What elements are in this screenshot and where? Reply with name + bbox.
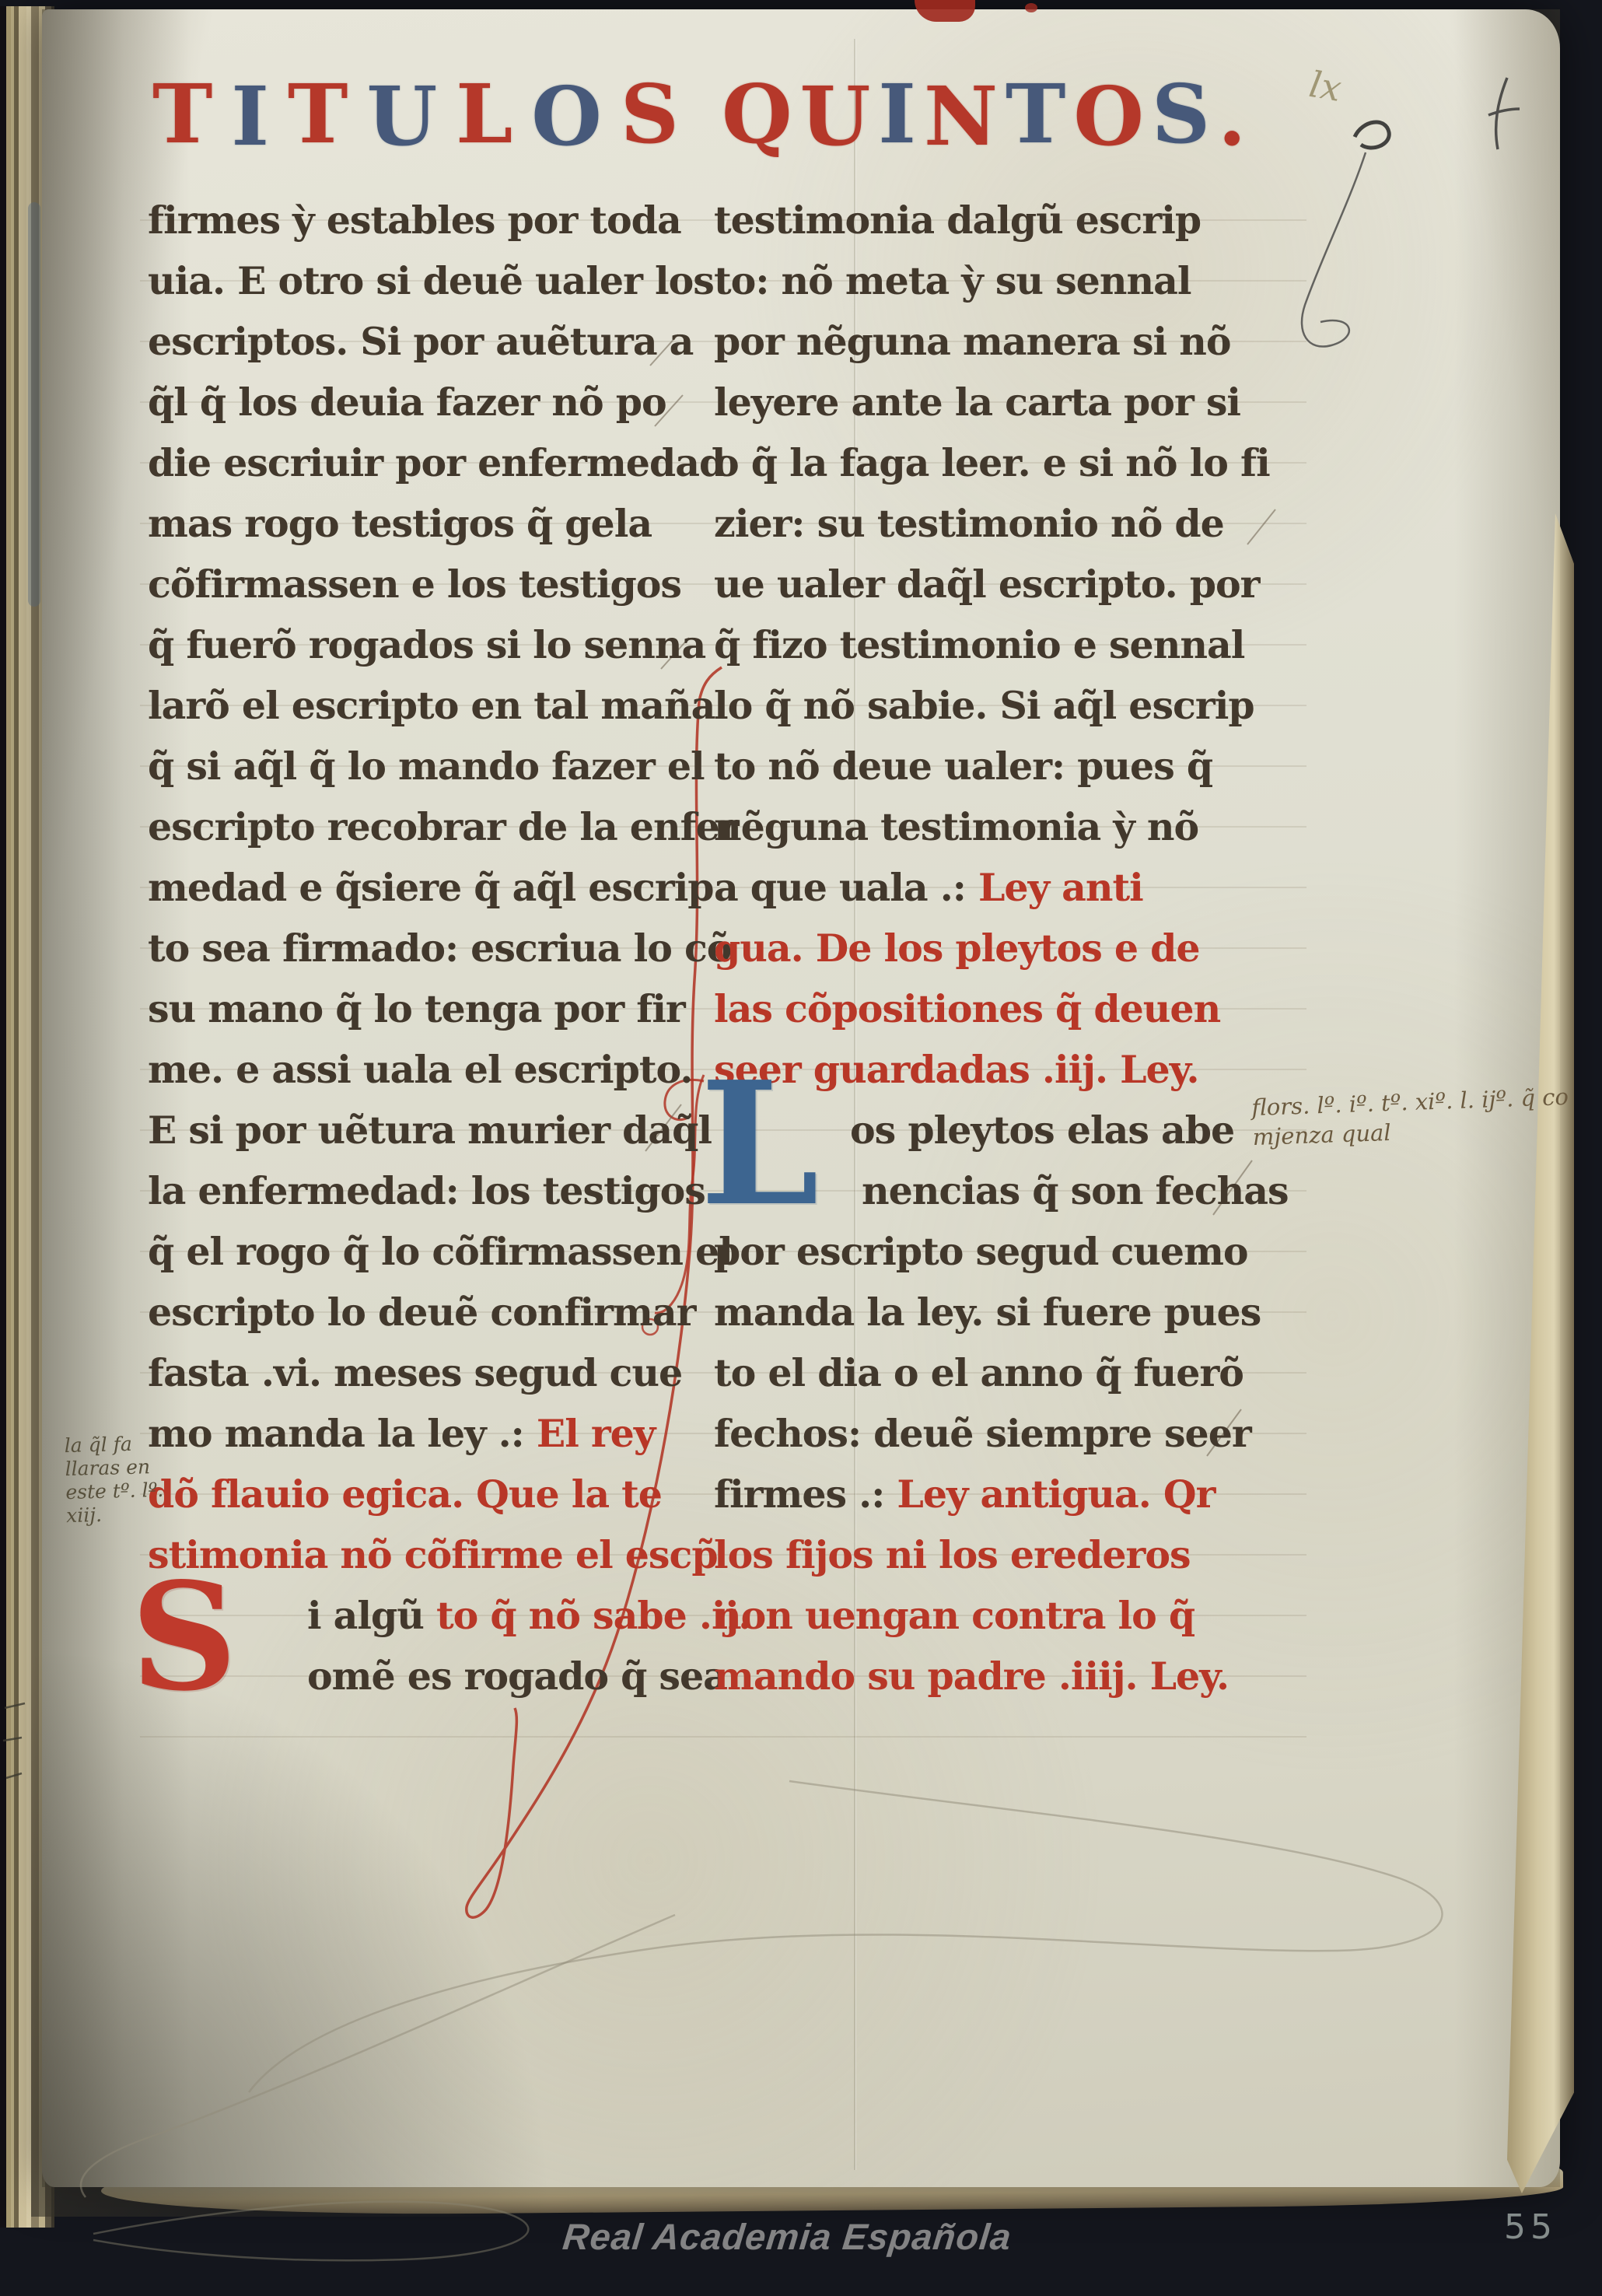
margin-note-left: la q̃l fa llaras en este tº. lº. xiij. — [64, 1431, 191, 1528]
text-segment: leyere ante la carta por si — [714, 380, 1240, 425]
heading-letter: T — [1006, 64, 1073, 165]
text-segment: non uengan contra lo q̃ — [714, 1593, 1195, 1638]
pencil-loop-2 — [81, 1915, 675, 2197]
text-segment: os pleytos elas abe — [850, 1108, 1234, 1153]
heading-letter: N — [924, 66, 1006, 167]
text-line: mo manda la ley .: El rey — [148, 1403, 692, 1464]
text-segment: i algũ — [307, 1593, 436, 1638]
text-segment: to q̃ nõ sabe .ij. — [436, 1593, 750, 1638]
text-segment: die escriuir por enfermedad — [148, 440, 725, 485]
heading-letter: U — [800, 66, 879, 167]
text-segment: medad e q̃siere q̃ aq̃l escrip — [148, 865, 714, 910]
red-stain — [915, 0, 975, 22]
text-line: q̃ fizo testimonio e sennal — [714, 614, 1292, 675]
text-segment: q̃ fizo testimonio e sennal — [714, 622, 1244, 667]
text-segment: fasta .vi. meses segud cue — [148, 1350, 682, 1395]
margin-note-line: este tº. lº. — [65, 1478, 191, 1504]
text-segment: to sea firmado: escriua lo cõ — [148, 926, 731, 971]
text-segment: mas rogo testigos q̃ gela — [148, 501, 652, 546]
text-segment: me. e assi uala el escripto. — [148, 1047, 692, 1092]
text-line: su mano q̃ lo tenga por fir — [148, 978, 692, 1039]
text-line: q̃ fuerõ rogados si lo senna — [148, 614, 692, 675]
text-segment: por escripto segud cuemo — [714, 1229, 1248, 1274]
page-edge-blue-streak — [28, 202, 40, 607]
text-line: ue ualer daq̃l escripto. por — [714, 554, 1292, 614]
text-line: fechos: deuẽ siempre seer — [714, 1403, 1292, 1464]
initial-l-filigree-curl — [642, 1319, 658, 1335]
text-segment: uia. E otro si deuẽ ualer los — [148, 258, 714, 303]
text-line: to el dia o el anno q̃ fuerõ — [714, 1342, 1292, 1403]
heading-letter: L — [456, 64, 531, 165]
text-line: la enfermedad: los testigos — [148, 1160, 692, 1221]
text-segment: mando su padre .iiij. Ley. — [714, 1654, 1229, 1699]
text-line: non uengan contra lo q̃ — [714, 1585, 1292, 1646]
text-line: por nẽguna manera si nõ — [714, 311, 1292, 372]
initial-l-filigree — [655, 1075, 704, 1313]
text-segment: zier: su testimonio nõ de — [714, 501, 1224, 546]
text-segment: El rey — [537, 1411, 655, 1456]
text-segment: por nẽguna manera si nõ — [714, 319, 1231, 364]
heading-letter: U — [366, 66, 456, 167]
text-line: omẽ es rogado q̃ sea — [148, 1646, 692, 1706]
initial-s: S — [131, 1563, 237, 1711]
text-line: mando su padre .iiij. Ley. — [714, 1646, 1292, 1706]
pencil-loop-3 — [93, 2202, 528, 2261]
text-line: nencias q̃ son fechas — [714, 1160, 1292, 1221]
heading-letter: O — [1073, 66, 1152, 167]
text-segment: Ley anti — [978, 865, 1143, 910]
text-line: o q̃ la faga leer. e si nõ lo fi — [714, 432, 1292, 493]
text-segment: su mano q̃ lo tenga por fir — [148, 986, 685, 1031]
text-segment: omẽ es rogado q̃ sea — [307, 1654, 727, 1699]
text-line: nẽguna testimonia ỳ nõ — [714, 796, 1292, 857]
margin-note-right: flors. lº. iº. tº. xiº. l. ijº. q̃ co mj… — [1251, 1082, 1570, 1152]
text-line: to sea firmado: escriua lo cõ — [148, 918, 692, 978]
ink-f-mark — [1488, 78, 1520, 149]
text-line: cõfirmassen e los testigos — [148, 554, 692, 614]
bottom-left-shadow — [31, 1571, 622, 2217]
text-segment: gua. De los pleytos e de — [714, 926, 1200, 971]
book-fore-edge — [1507, 513, 1574, 2193]
text-column-left: firmes ỳ estables por todauia. E otro si… — [148, 190, 692, 1706]
pen-flourishes — [0, 0, 1602, 2296]
quire-mark: lx — [1306, 63, 1345, 110]
heading-word-quintos: QUINTOS. — [722, 64, 1254, 180]
text-line: q̃ el rogo q̃ lo cõfirmassen el — [148, 1221, 692, 1282]
text-segment: las cõpositiones q̃ deuen — [714, 986, 1220, 1031]
text-line: gua. De los pleytos e de — [714, 918, 1292, 978]
margin-note-line: xiij. — [66, 1501, 191, 1528]
text-line: fasta .vi. meses segud cue — [148, 1342, 692, 1403]
text-line: testimonia dalgũ escrip — [714, 190, 1292, 250]
text-segment: escripto recobrar de la enfer — [148, 804, 739, 849]
text-line: firmes .: Ley antigua. Qr — [714, 1464, 1292, 1524]
margin-note-line: flors. lº. iº. tº. xiº. l. ijº. q̃ co — [1251, 1082, 1569, 1122]
manuscript-scan: TITULOS QUINTOS. lx firmes ỳ estables po… — [0, 0, 1602, 2296]
parchment-page — [42, 9, 1560, 2187]
book-bottom-page-edges — [101, 2150, 1564, 2217]
text-line: E si por uẽtura murier daq̃l — [148, 1100, 692, 1160]
text-segment: to nõ deue ualer: pues q̃ — [714, 744, 1212, 789]
text-line: stimonia nõ cõfirme el escp̃ — [148, 1524, 692, 1585]
text-segment: escripto lo deuẽ confirmar — [148, 1290, 695, 1335]
heading-letter: I — [231, 66, 288, 167]
text-segment: dõ flauio egica. Que la te — [148, 1472, 662, 1517]
text-line: mas rogo testigos q̃ gela — [148, 493, 692, 554]
initial-l: L — [700, 1059, 819, 1229]
text-line: lo q̃ nõ sabie. Si aq̃l escrip — [714, 675, 1292, 736]
ink-squiggle-tail — [1302, 152, 1366, 347]
ruling-lines — [140, 219, 1306, 1744]
heading-letter: T — [288, 64, 366, 165]
text-segment: a que uala .: — [714, 865, 978, 910]
heading-letter: O — [531, 66, 621, 167]
text-segment: o q̃ la faga leer. e si nõ lo fi — [714, 440, 1270, 485]
heading-letter: S — [1152, 64, 1218, 165]
margin-note-line: mjenza qual — [1252, 1111, 1570, 1152]
text-line: zier: su testimonio nõ de — [714, 493, 1292, 554]
edge-scribbles — [3, 1703, 25, 1778]
text-segment: lo q̃ nõ sabie. Si aq̃l escrip — [714, 683, 1254, 728]
text-segment: stimonia nõ cõfirme el escp̃ — [148, 1532, 718, 1577]
book-gutter-page-edges — [0, 6, 54, 2228]
text-segment: to el dia o el anno q̃ fuerõ — [714, 1350, 1243, 1395]
text-column-right: testimonia dalgũ escripto: nõ meta ỳ su … — [714, 190, 1292, 1706]
pencil-loop-1 — [249, 1781, 1442, 2092]
text-segment: escriptos. Si por auẽtura a — [148, 319, 693, 364]
text-line: medad e q̃siere q̃ aq̃l escrip — [148, 857, 692, 918]
text-segment: manda la ley. si fuere pues — [714, 1290, 1261, 1335]
text-line: os pleytos elas abe — [714, 1100, 1292, 1160]
text-line: escriptos. Si por auẽtura a — [148, 311, 692, 372]
initial-l-filigree-hook — [665, 1080, 704, 1119]
gutter-shadow — [42, 9, 190, 2187]
text-line: manda la ley. si fuere pues — [714, 1282, 1292, 1342]
watermark: Real Academia Española — [561, 2215, 1013, 2258]
text-line: escripto lo deuẽ confirmar — [148, 1282, 692, 1342]
text-line: a que uala .: Ley anti — [714, 857, 1292, 918]
text-segment: firmes ỳ estables por toda — [148, 198, 681, 243]
text-segment: q̃ el rogo q̃ lo cõfirmassen el — [148, 1229, 733, 1274]
text-line: dõ flauio egica. Que la te — [148, 1464, 692, 1524]
red-stain-dot — [1025, 3, 1037, 12]
text-segment: fechos: deuẽ siempre seer — [714, 1411, 1251, 1456]
text-line: firmes ỳ estables por toda — [148, 190, 692, 250]
text-line: q̃l q̃ los deuia fazer nõ po — [148, 372, 692, 432]
heading-letter: S — [621, 64, 698, 165]
heading-letter: I — [878, 64, 924, 165]
text-line: los fijos ni los erederos — [714, 1524, 1292, 1585]
text-segment: ue ualer daq̃l escripto. por — [714, 562, 1259, 607]
text-line: por escripto segud cuemo — [714, 1221, 1292, 1282]
text-line: to nõ deue ualer: pues q̃ — [714, 736, 1292, 796]
text-segment: los fijos ni los erederos — [714, 1532, 1191, 1577]
folio-number: 55 — [1504, 2207, 1557, 2247]
red-flourish-line — [467, 667, 722, 1917]
heading-letter: Q — [722, 64, 800, 165]
text-segment: q̃ si aq̃l q̃ lo mando fazer el — [148, 744, 705, 789]
text-segment: nẽguna testimonia ỳ nõ — [714, 804, 1198, 849]
text-segment: nencias q̃ son fechas — [862, 1168, 1289, 1213]
text-line: q̃ si aq̃l q̃ lo mando fazer el — [148, 736, 692, 796]
text-line: leyere ante la carta por si — [714, 372, 1292, 432]
text-segment: la enfermedad: los testigos — [148, 1168, 705, 1213]
heading-letter: T — [152, 64, 231, 165]
text-segment: mo manda la ley .: — [148, 1411, 537, 1456]
heading-letter: . — [1218, 66, 1254, 167]
heading-word-titulos: TITULOS — [152, 64, 698, 180]
ink-squiggle-head — [1355, 122, 1389, 148]
text-line: uia. E otro si deuẽ ualer los — [148, 250, 692, 311]
text-line: escripto recobrar de la enfer — [148, 796, 692, 857]
text-segment: to: nõ meta ỳ su sennal — [714, 258, 1191, 303]
text-line: i algũ to q̃ nõ sabe .ij. — [148, 1585, 692, 1646]
text-line: seer guardadas .iij. Ley. — [714, 1039, 1292, 1100]
text-segment: cõfirmassen e los testigos — [148, 562, 681, 607]
text-line: die escriuir por enfermedad — [148, 432, 692, 493]
right-edge-shadow — [1454, 9, 1560, 2187]
text-segment: q̃l q̃ los deuia fazer nõ po — [148, 380, 666, 425]
text-segment: testimonia dalgũ escrip — [714, 198, 1201, 243]
line-filler-slashes — [645, 334, 1275, 1456]
text-segment: E si por uẽtura murier daq̃l — [148, 1108, 712, 1153]
text-segment: Ley antigua. Qr — [897, 1472, 1215, 1517]
text-segment: q̃ fuerõ rogados si lo senna — [148, 622, 705, 667]
text-line: to: nõ meta ỳ su sennal — [714, 250, 1292, 311]
margin-note-line: llaras en — [65, 1454, 190, 1481]
text-segment: firmes .: — [714, 1472, 897, 1517]
text-line: me. e assi uala el escripto. — [148, 1039, 692, 1100]
parchment-crease — [854, 39, 855, 2170]
text-segment: larõ el escripto en tal maña — [148, 683, 715, 728]
text-line: las cõpositiones q̃ deuen — [714, 978, 1292, 1039]
margin-note-line: la q̃l fa — [64, 1431, 189, 1458]
text-segment: seer guardadas .iij. Ley. — [714, 1047, 1199, 1092]
text-line: larõ el escripto en tal maña — [148, 675, 692, 736]
